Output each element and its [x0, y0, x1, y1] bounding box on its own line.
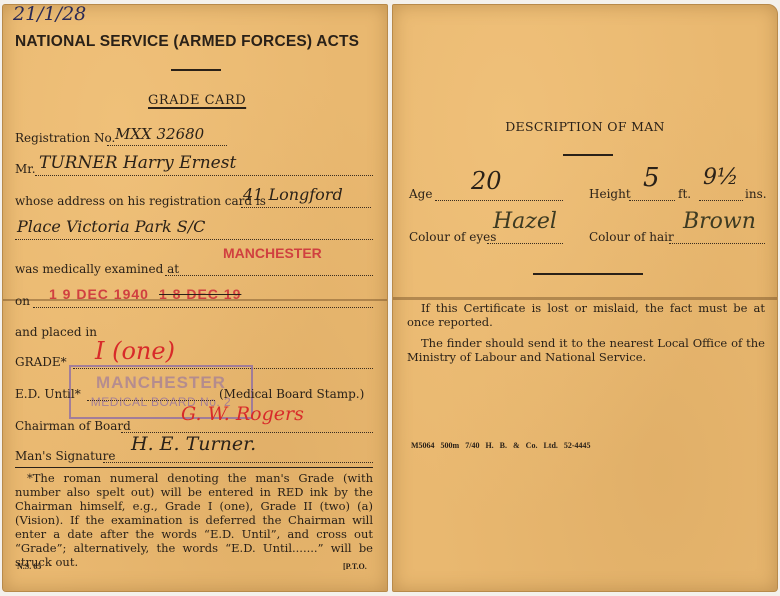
grade-value: I (one) [95, 337, 175, 365]
grade-card-title: GRADE CARD [148, 93, 246, 108]
registration-label: Registration No. [15, 131, 115, 145]
eyes-line [487, 243, 563, 244]
inches-label: ins. [745, 187, 767, 201]
date-line [33, 307, 373, 308]
name-label: Mr. [15, 162, 36, 176]
feet-label: ft. [678, 187, 691, 201]
heading-divider [171, 69, 221, 71]
grade-card-front: 21/1/28 NATIONAL SERVICE (ARMED FORCES) … [2, 4, 388, 592]
placed-in-label: and placed in [15, 325, 97, 339]
age-line [435, 200, 563, 201]
registration-line [107, 145, 227, 146]
signature-label: Man's Signature [15, 449, 115, 463]
footnote-text: *The roman numeral denoting the man's Gr… [15, 471, 373, 569]
grade-card-back: DESCRIPTION OF MAN Age 20 Height 5 ft. 9… [392, 4, 778, 592]
finder-notice: The finder should send it to the nearest… [407, 336, 765, 364]
grade-label: GRADE* [15, 355, 67, 369]
card-heading: NATIONAL SERVICE (ARMED FORCES) ACTS [15, 33, 359, 51]
height-inches-value: 9½ [703, 165, 738, 190]
fold-crease [393, 297, 777, 300]
hair-line [669, 243, 765, 244]
age-value: 20 [471, 167, 502, 195]
examination-date-stamp: 1 9 DEC 1940 [49, 286, 149, 302]
lost-certificate-notice: If this Certificate is lost or mislaid, … [407, 301, 765, 329]
address-label: whose address on his registration card i… [15, 194, 266, 208]
name-line [35, 175, 373, 176]
struck-date-stamp: 1 8 DEC 19 [159, 286, 241, 302]
address-value-2: Place Victoria Park S/C [17, 217, 205, 236]
footnote-divider [15, 467, 373, 468]
eyes-label: Colour of eyes [409, 230, 496, 244]
description-divider [563, 154, 613, 156]
ed-until-line [87, 400, 215, 401]
medical-board-stamp-note: (Medical Board Stamp.) [219, 387, 364, 401]
hair-label: Colour of hair [589, 230, 674, 244]
examined-location-stamp: MANCHESTER [223, 245, 322, 261]
description-heading: DESCRIPTION OF MAN [393, 119, 777, 134]
height-ft-line [629, 200, 675, 201]
handwritten-reference: 21/1/28 [13, 3, 86, 25]
examined-line [165, 275, 373, 276]
pto-marker: [P.T.O. [343, 562, 367, 571]
address-line-2 [15, 239, 373, 240]
age-label: Age [409, 187, 432, 201]
height-label: Height [589, 187, 631, 201]
address-value-1: 41 Longford [243, 185, 343, 204]
printer-code: M5064 500m 7/40 H. B. & Co. Ltd. 52-4445 [411, 441, 591, 450]
chairman-label: Chairman of Board [15, 419, 131, 433]
form-code: N.S. 65 [17, 562, 41, 571]
height-feet-value: 5 [643, 163, 660, 193]
hair-value: Brown [683, 209, 756, 234]
name-value: TURNER Harry Ernest [39, 153, 236, 173]
address-line-1 [241, 207, 371, 208]
registration-value: MXX 32680 [115, 125, 204, 143]
ed-until-label: E.D. Until* [15, 387, 81, 401]
on-label: on [15, 294, 30, 308]
examined-label: was medically examined at [15, 262, 179, 276]
eyes-value: Hazel [493, 209, 557, 234]
description-end-divider [533, 273, 643, 275]
height-in-line [699, 200, 743, 201]
chairman-signature: G. W. Rogers [181, 403, 304, 425]
man-signature: H. E. Turner. [131, 433, 256, 455]
signature-line [103, 462, 373, 463]
